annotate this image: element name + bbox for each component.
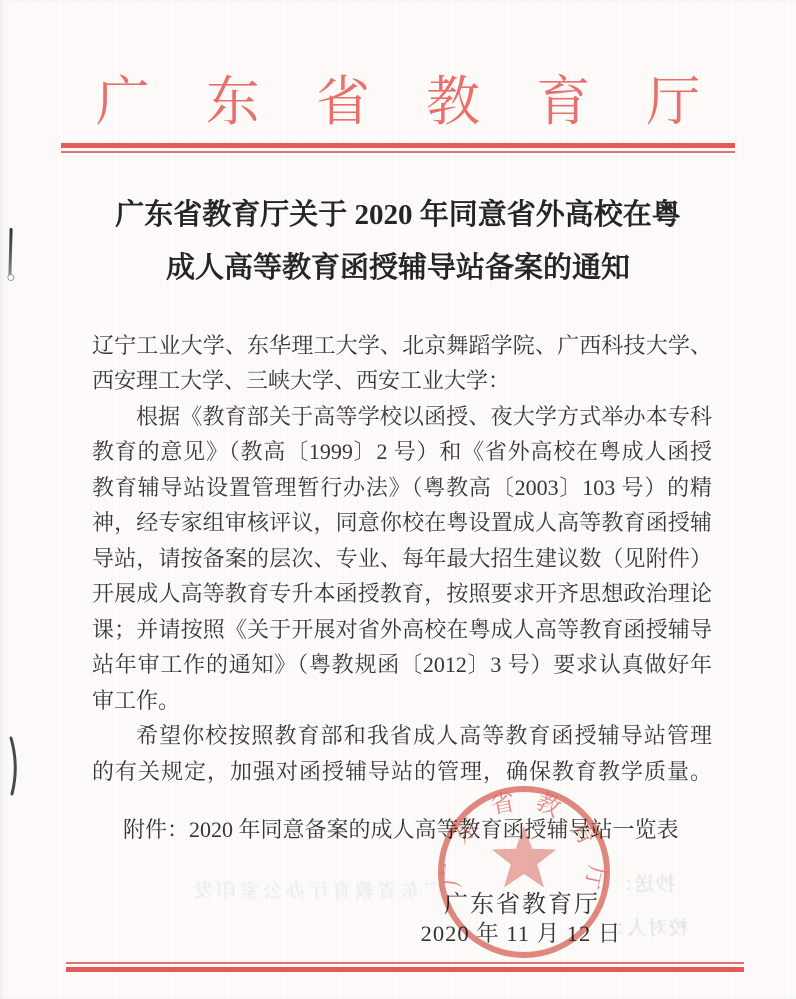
letterhead-rule — [61, 143, 735, 153]
official-seal: 广东省教育厅 — [434, 782, 614, 962]
letterhead-rule-thick — [61, 143, 735, 148]
body-line: 教育辅导站设置管理暂行办法》（粤教高〔2003〕103 号）的精 — [92, 470, 712, 506]
body-line: 希望你校按照教育部和我省成人高等教育函授辅导站管理 — [92, 718, 712, 754]
bleed-through-text: 广东省教育厅办公室印发 — [190, 876, 443, 903]
body-line: 站年审工作的通知》（粤教规函〔2012〕3 号）要求认真做好年 — [92, 647, 712, 683]
document-body: 辽宁工业大学、东华理工大学、北京舞蹈学院、广西科技大学、 西安理工大学、三峡大学… — [92, 328, 712, 790]
body-line: 西安理工大学、三峡大学、西安工业大学： — [92, 363, 712, 399]
footer-rule-thick — [66, 967, 744, 972]
letterhead-rule-thin — [61, 151, 735, 153]
staple-mark — [8, 228, 12, 277]
document-title-line2: 成人高等教育函授辅导站备案的通知 — [40, 242, 756, 295]
body-line: 审工作。 — [92, 683, 712, 719]
body-line: 根据《教育部关于高等学校以函授、夜大学方式举办本专科 — [92, 399, 712, 435]
scanned-document-page: 广东省教育厅 广东省教育厅关于 2020 年同意省外高校在粤 成人高等教育函授辅… — [0, 0, 796, 999]
bleed-through-text: 抄送： — [612, 869, 675, 896]
body-line: 的有关规定，加强对函授辅导站的管理，确保教育教学质量。 — [92, 754, 712, 790]
document-title: 广东省教育厅关于 2020 年同意省外高校在粤 成人高等教育函授辅导站备案的通知 — [40, 189, 756, 295]
footer-rule — [66, 962, 744, 972]
seal-star-icon — [492, 826, 557, 888]
body-line: 教育的意见》（教高〔1999〕2 号）和《省外高校在粤成人函授 — [92, 434, 712, 470]
body-line: 导站，请按备案的层次、专业、每年最大招生建议数（见附件） — [92, 541, 712, 577]
body-line: 辽宁工业大学、东华理工大学、北京舞蹈学院、广西科技大学、 — [92, 328, 712, 364]
letterhead-org-name: 广东省教育厅 — [0, 0, 796, 134]
body-line: 课；并请按照《关于开展对省外高校在粤成人高等教育函授辅导 — [92, 612, 712, 648]
body-line: 开展成人高等教育专升本函授教育，按照要求开齐思想政治理论 — [92, 576, 712, 612]
attachment-line: 附件：2020 年同意备案的成人高等教育函授辅导站一览表 — [92, 815, 712, 845]
letterhead-org-name-text: 广东省教育厅 — [96, 70, 757, 134]
body-line: 神，经专家组审核评议，同意你校在粤设置成人高等教育函授辅 — [92, 505, 712, 541]
footer-rule-thin — [66, 962, 744, 964]
document-title-line1: 广东省教育厅关于 2020 年同意省外高校在粤 — [40, 189, 756, 242]
staple-mark — [7, 736, 21, 796]
